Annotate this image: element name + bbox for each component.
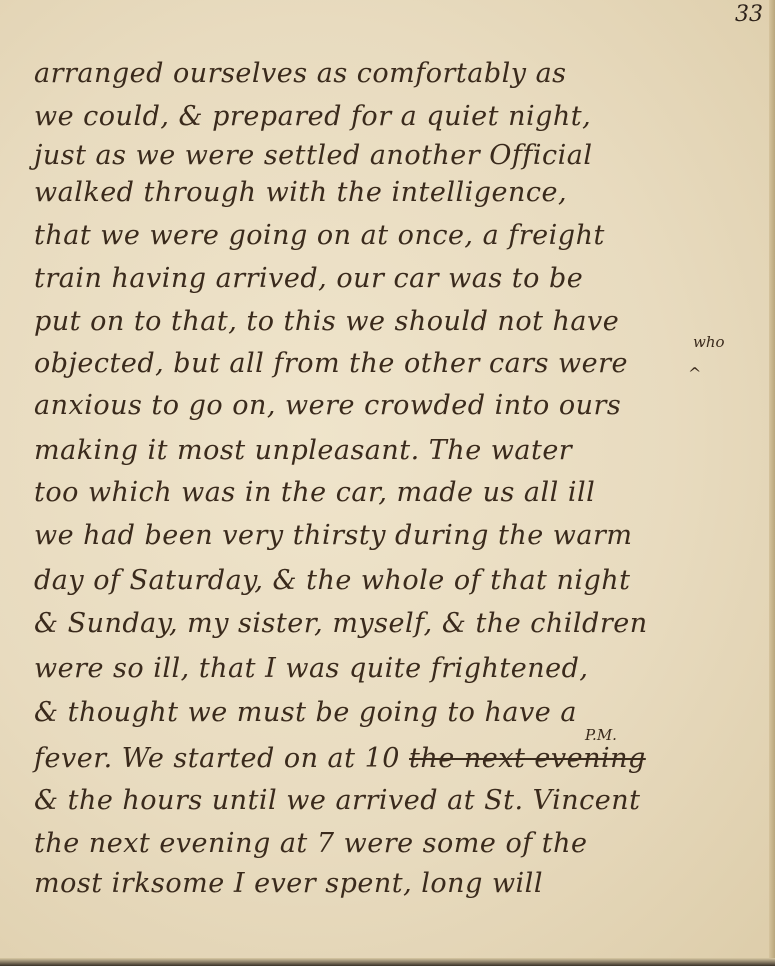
text-line-17-main: fever. We started on at 10 [34,743,400,774]
struck-text: the next evening [409,743,646,774]
text-line-20: most irksome I ever spent, long will [34,868,543,899]
text-line-7: put on to that, to this we should not ha… [34,306,619,337]
text-line-3: just as we were settled another Official [34,140,593,171]
page-bottom-edge [0,958,775,966]
text-line-1: arranged ourselves as comfortably as [34,58,567,89]
page-number: 33 [735,2,763,27]
text-line-19: the next evening at 7 were some of the [34,828,588,859]
text-line-14: & Sunday, my sister, myself, & the child… [34,608,648,639]
text-line-10: making it most unpleasant. The water [34,435,572,466]
text-line-15: were so ill, that I was quite frightened… [34,653,588,684]
text-line-18: & the hours until we arrived at St. Vinc… [34,785,641,816]
manuscript-page: 33 arranged ourselves as comfortably as … [0,0,775,966]
text-line-4: walked through with the intelligence, [34,177,567,208]
interlinear-insertion-who: who [693,333,725,351]
text-line-6: train having arrived, our car was to be [34,263,583,294]
text-line-5: that we were going on at once, a freight [34,220,605,251]
text-line-17: fever. We started on at 10 the next even… [34,743,646,774]
text-line-13: day of Saturday, & the whole of that nig… [34,565,631,596]
text-line-12: we had been very thirsty during the warm [34,520,633,551]
text-line-8: objected, but all from the other cars we… [34,348,628,379]
text-line-11: too which was in the car, made us all il… [34,477,595,508]
interlinear-insertion-pm: P.M. [585,726,617,744]
text-line-9: anxious to go on, were crowded into ours [34,390,621,421]
text-line-2: we could, & prepared for a quiet night, [34,101,591,132]
insertion-caret: ^ [688,364,701,383]
page-edge [769,0,775,966]
text-line-16: & thought we must be going to have a [34,697,577,728]
